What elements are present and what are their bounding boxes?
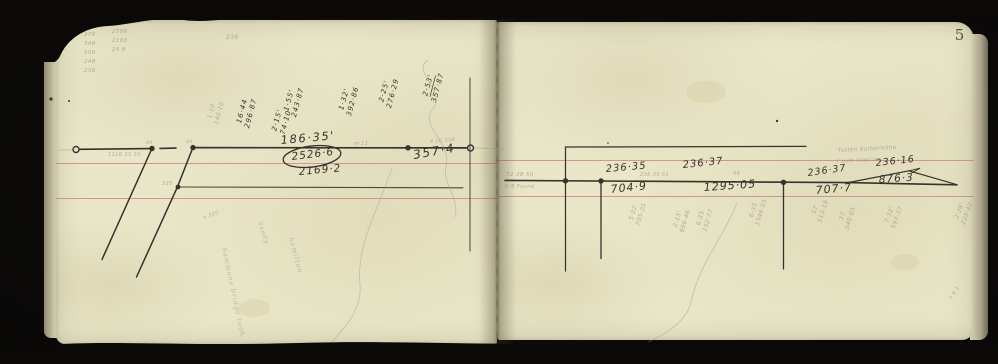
page-number: 5 xyxy=(948,26,972,44)
pencil-note: 7 6 1 xyxy=(949,285,962,301)
ink-label-bearing: 236·16 xyxy=(875,154,915,169)
pencil-line-extension xyxy=(474,148,504,149)
station-open-circle xyxy=(73,147,79,153)
pencil-note: m 11 xyxy=(354,141,368,147)
pencil-number: 276 xyxy=(84,32,96,38)
pencil-number: 236 xyxy=(226,34,239,41)
station-dot xyxy=(190,145,195,150)
pencil-note: 1116 33 10 xyxy=(108,152,141,158)
offset-diagonal xyxy=(137,149,193,278)
cover-top-edge xyxy=(0,0,998,62)
paper-stain xyxy=(891,254,919,270)
pencil-tick: 44 xyxy=(146,140,153,146)
pencil-sum-column: 276 348 508 248 238 xyxy=(84,32,96,74)
pencil-number: 25 8 xyxy=(112,47,126,53)
paper-stain xyxy=(238,299,270,317)
pencil-benchmark-note: N B Found xyxy=(505,184,535,190)
secondary-line xyxy=(178,187,463,188)
pencil-number: 508 xyxy=(84,50,96,56)
pencil-note: 335 xyxy=(162,181,173,187)
station-dot xyxy=(563,178,568,183)
ink-label-bearing: 236·37 xyxy=(682,156,724,171)
traverse-line xyxy=(80,149,150,150)
pencil-number: 2586 xyxy=(112,29,128,35)
pencil-line-extension xyxy=(58,150,73,151)
pencil-calc-fraction: 57' 513·18 xyxy=(809,197,830,224)
ink-label-distance: 1295·05 xyxy=(703,177,756,194)
pencil-sum-column: 2586 2168 25 8 xyxy=(112,29,128,53)
pencil-sketch-curve xyxy=(648,203,737,342)
ink-speck xyxy=(68,100,70,102)
ink-calc-fraction: 1·32' 392·86 xyxy=(336,83,360,117)
offset-diagonal xyxy=(102,150,152,260)
pencil-place-note: 7 both filled in xyxy=(836,157,879,165)
ink-label-bearing: 236·37 xyxy=(807,163,847,179)
pencil-place-note: Totten Rotherhithe xyxy=(838,145,897,154)
pencil-number: 238 xyxy=(84,68,96,74)
pencil-number: 348 xyxy=(84,41,96,47)
ink-label-distance: 876·3 xyxy=(878,172,914,186)
pencil-calc-fraction: 2·28' 228·42 xyxy=(952,199,974,226)
pencil-cursive-note: Sammons bridge took xyxy=(220,247,247,338)
ink-calc-fraction: 2·15' 74·10 xyxy=(270,107,293,136)
pencil-cursive-note: hamilton xyxy=(287,236,304,274)
pencil-calc-fraction: 2·15' 696·46 xyxy=(671,207,692,234)
pencil-calc-fraction: 6·35 1546·95 xyxy=(746,196,768,227)
triangle-side xyxy=(909,171,957,185)
pencil-calc-fraction: 5·22' 705·25 xyxy=(627,200,648,227)
ink-label-distance: 186·35' xyxy=(280,128,336,147)
station-dot xyxy=(405,145,410,150)
ink-speck xyxy=(776,120,778,122)
station-dot xyxy=(176,185,181,190)
ink-speck xyxy=(607,142,609,144)
pencil-sketch-curve xyxy=(332,168,392,342)
ink-calc-fraction: 2·25' 276·29 xyxy=(376,75,400,109)
pencil-calc-fraction: 1·10 140·10 xyxy=(205,99,226,125)
pencil-number: 248 xyxy=(84,59,96,65)
survey-diagram: 186·35' 2526·6 2169·2 357·4 16·44 296·87… xyxy=(0,0,998,364)
pencil-cursive-note: Sandy xyxy=(256,220,270,245)
pencil-note: x 320 xyxy=(202,210,220,221)
notebook-scan: 5 186·35' xyxy=(0,0,998,364)
ink-label-total: 2169·2 xyxy=(298,162,342,178)
cover-bottom-edge xyxy=(0,341,998,364)
station-dot xyxy=(781,180,786,185)
ink-calc-fraction: 16·44 296·87 xyxy=(234,95,258,129)
paper-stain xyxy=(686,81,726,103)
pencil-benchmark-note: 52 38 50 xyxy=(506,172,534,178)
pencil-calc-fraction: 6·35 152·77 xyxy=(694,206,715,233)
pencil-note: 236 35 61 xyxy=(640,172,669,178)
ink-label-distance: 704·9 xyxy=(610,179,648,196)
station-dot xyxy=(149,146,154,151)
ink-label-distance: 707·7 xyxy=(815,181,852,197)
pencil-tick: 44 xyxy=(186,139,193,145)
ink-speck xyxy=(49,97,52,100)
pencil-calc-fraction: 7·32' 593·37 xyxy=(882,203,904,230)
ink-calc-fraction: 2·53' 357·87 xyxy=(420,69,445,103)
pencil-calc-fraction: 37 540·05 xyxy=(836,204,857,231)
pencil-note: 46 xyxy=(733,171,740,177)
pencil-number: 2168 xyxy=(112,38,128,44)
station-dot xyxy=(598,178,603,183)
